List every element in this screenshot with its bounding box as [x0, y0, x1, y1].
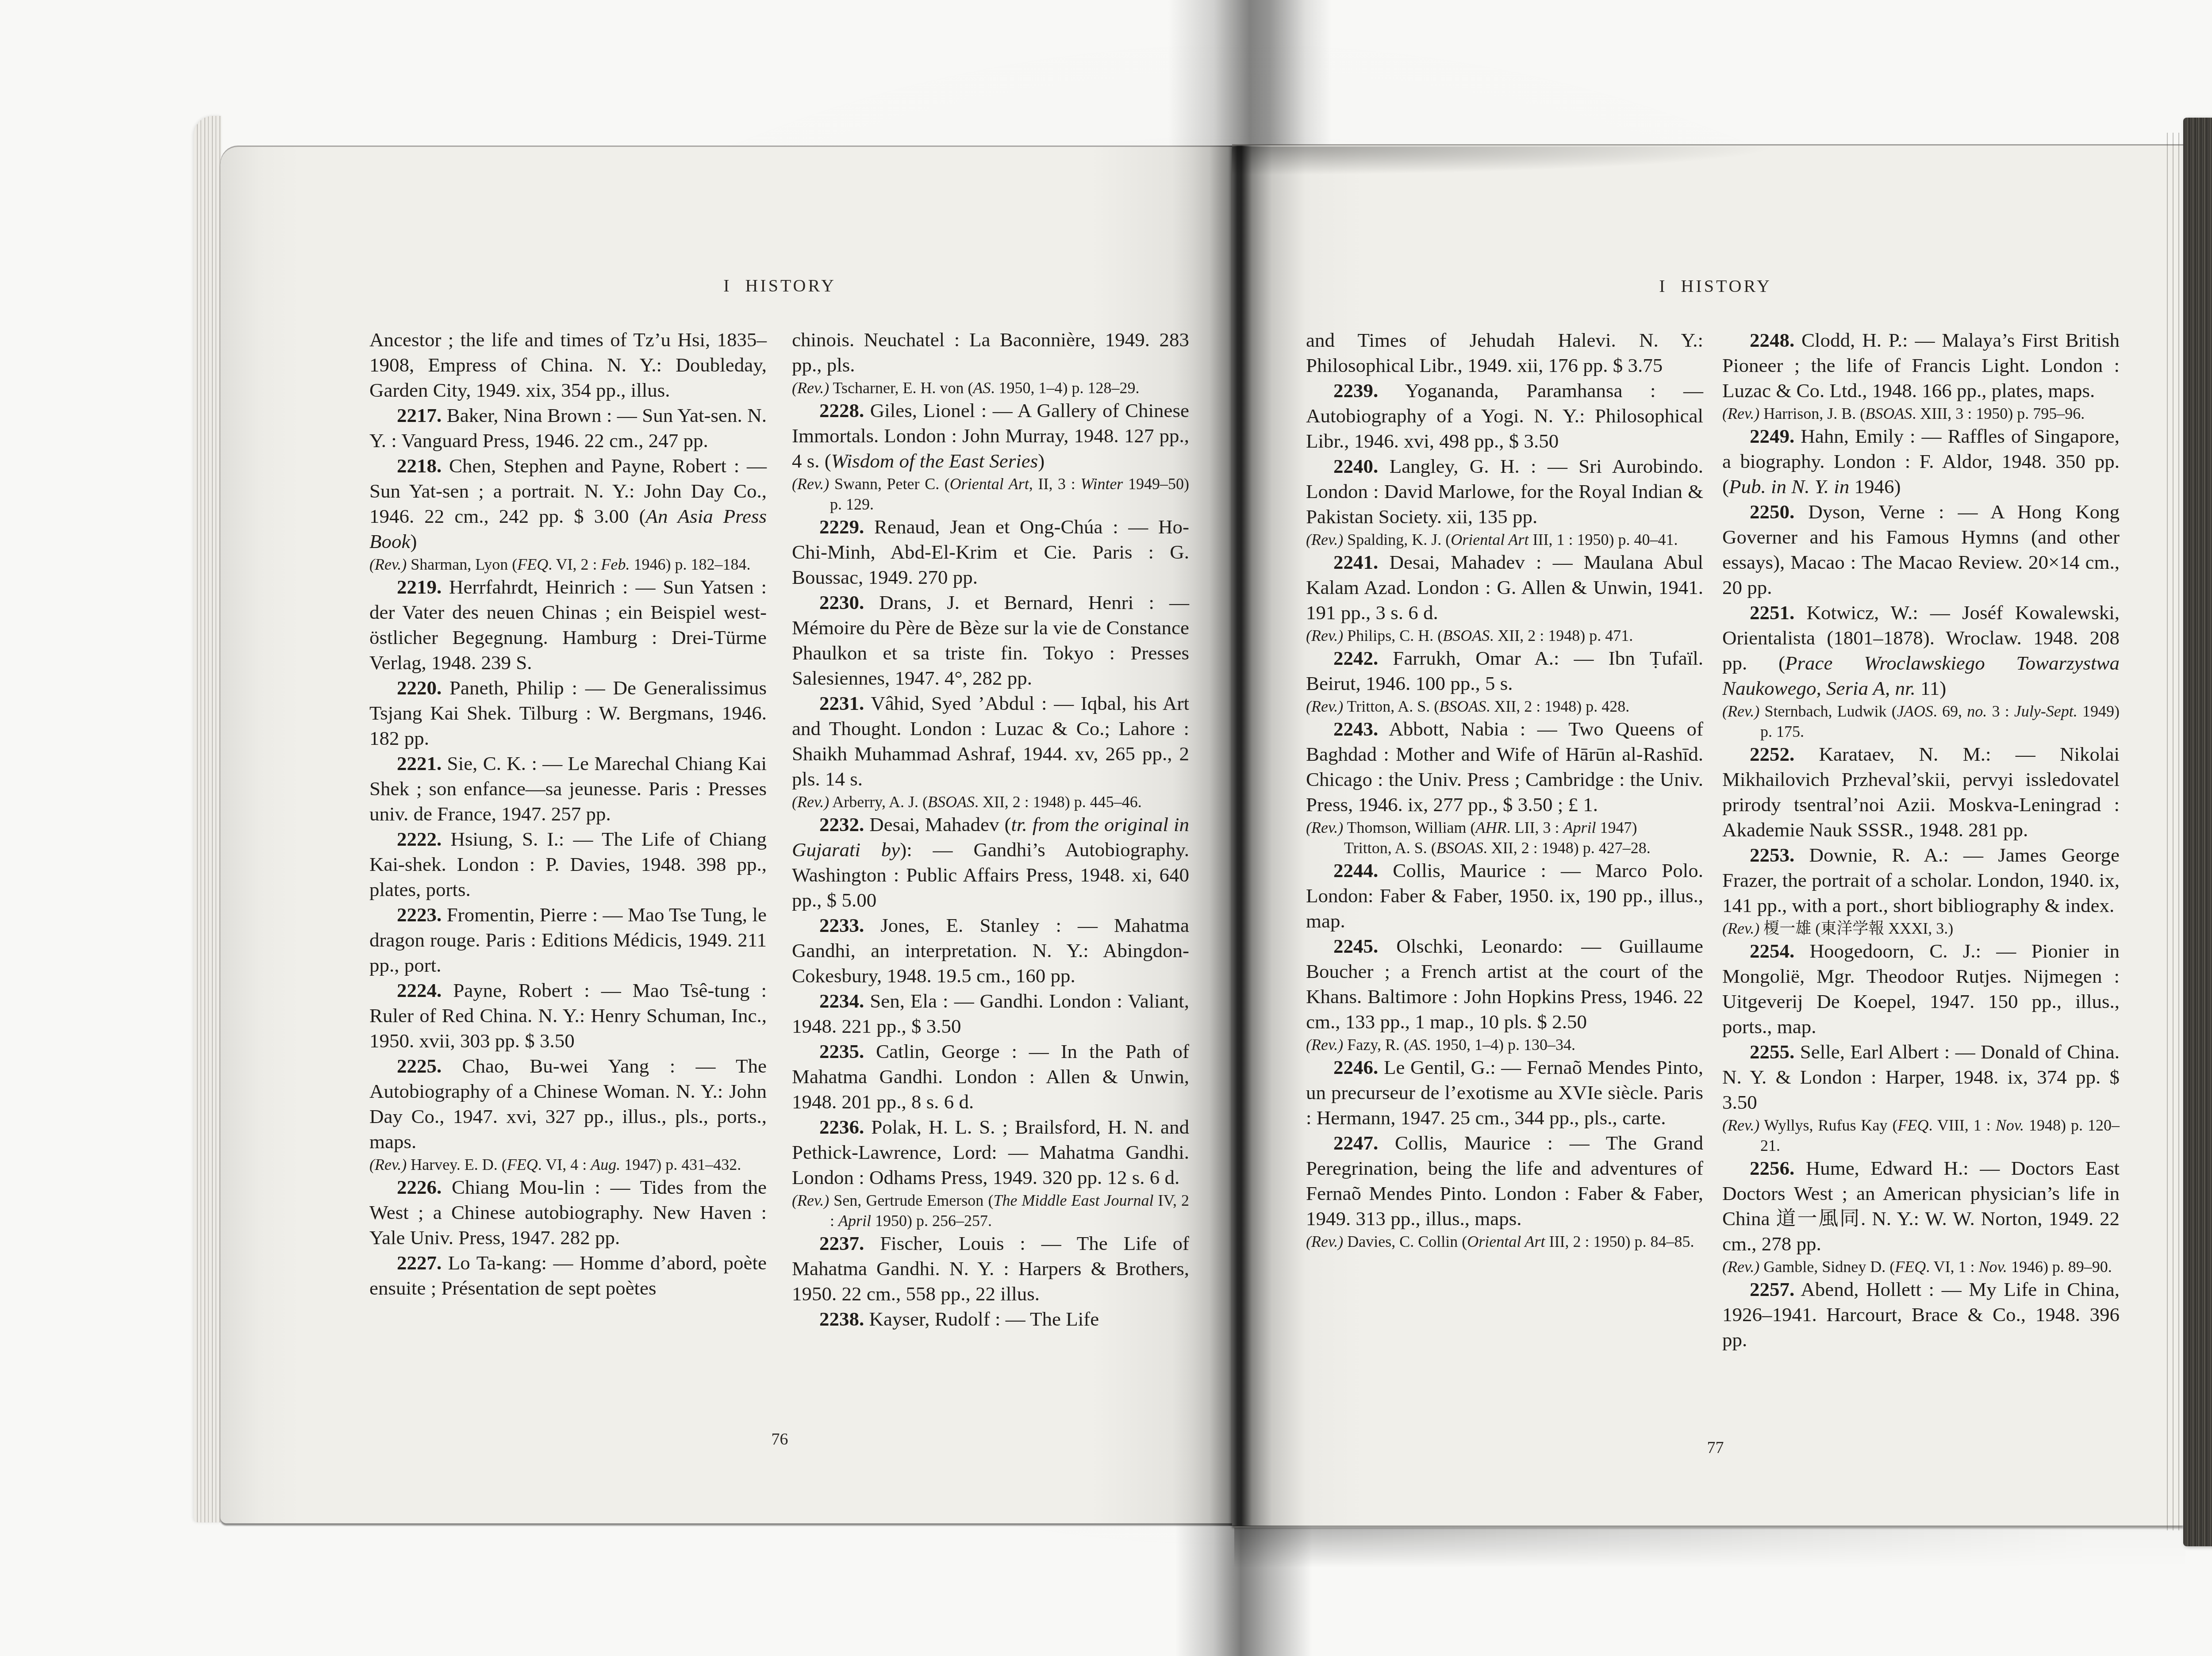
text-run: 2228. [819, 399, 864, 422]
text-run: AHR [1475, 819, 1506, 836]
text-run: (Rev.) [1306, 531, 1343, 548]
bib-entry: Ancestor ; the life and times of Tz’u Hs… [369, 327, 767, 403]
bib-entry: 2248. Clodd, H. P.: — Malaya’s First Bri… [1722, 328, 2120, 403]
text-run: 2220. [397, 677, 442, 699]
text-run: 2230. [819, 591, 864, 613]
text-run: . VI, 2 : [548, 556, 601, 573]
bib-entry: 2222. Hsiung, S. I.: — The Life of Chian… [369, 827, 767, 902]
text-run: ) [410, 530, 417, 552]
text-run: JAOS [1897, 702, 1933, 720]
text-run: AS [973, 379, 991, 397]
text-run: Wyllys, Rufus Kay ( [1759, 1116, 1897, 1134]
text-run: . VI, 1 : [1926, 1258, 1978, 1276]
text-run: 2254. [1750, 940, 1794, 962]
text-run: Pub. in N. Y. in [1729, 475, 1849, 498]
text-run: (Rev.) [1306, 1036, 1343, 1054]
bib-entry: 2227. Lo Ta-kang: — Homme d’abord, poète… [369, 1250, 767, 1301]
text-run: . VI, 4 : [538, 1156, 591, 1173]
text-run: 1947) p. 431–432. [620, 1156, 741, 1173]
text-run: FEQ [517, 556, 548, 573]
text-run: Tritton, A. S. ( [1344, 839, 1436, 857]
bib-entry: 2237. Fischer, Louis : — The Life of Mah… [792, 1231, 1189, 1307]
bib-entry: 2235. Catlin, George : — In the Path of … [792, 1039, 1189, 1115]
text-run: 2246. [1333, 1056, 1378, 1078]
text-run: ) [1038, 450, 1045, 472]
text-run: Fazy, R. ( [1343, 1036, 1409, 1054]
bib-entry: 2242. Farrukh, Omar A.: — Ibn Ṭufaïl. Be… [1306, 646, 1703, 696]
text-run: 2218. [397, 455, 442, 477]
bib-entry: 2220. Paneth, Philip : — De Generalissim… [369, 675, 767, 751]
text-run: 3 : [1987, 702, 2014, 720]
bib-entry: 2238. Kayser, Rudolf : — The Life [792, 1307, 1189, 1332]
review-line: (Rev.) Sternbach, Ludwik (JAOS. 69, no. … [1722, 701, 2120, 742]
text-run: 1950) p. 256–257. [871, 1212, 992, 1230]
text-run: Oriental Art [1451, 531, 1528, 548]
text-run: AS [1409, 1036, 1427, 1054]
text-run: Sternbach, Ludwik ( [1759, 702, 1897, 720]
text-run: (Rev.) [792, 793, 829, 811]
bib-entry: 2243. Abbott, Nabia : — Two Queens of Ba… [1306, 717, 1703, 817]
text-run: BSOAS [928, 793, 975, 811]
text-run: Nov. [1996, 1116, 2024, 1134]
text-run: FEQ [1897, 1116, 1928, 1134]
bib-entry: 2256. Hume, Edward H.: — Doctors East Do… [1722, 1156, 2120, 1257]
text-run: 2231. [819, 692, 864, 714]
text-run: 2251. [1750, 602, 1794, 624]
text-run: The Middle East Journal [993, 1192, 1153, 1209]
running-head-left: I HISTORY [369, 275, 1190, 296]
text-run: 2222. [397, 828, 442, 850]
text-run: (Rev.) [1306, 698, 1343, 715]
text-run: Spalding, K. J. ( [1343, 531, 1451, 548]
text-run: 榎一雄 (東洋学報 XXXI, 3.) [1759, 920, 1953, 937]
bib-entry: 2234. Sen, Ela : — Gandhi. London : Vali… [792, 989, 1189, 1039]
bib-entry: 2236. Polak, H. L. S. ; Brailsford, H. N… [792, 1115, 1189, 1190]
bib-entry: 2226. Chiang Mou-lin : — Tides from the … [369, 1175, 767, 1250]
text-run: BSOAS [1436, 839, 1483, 857]
text-run: 2249. [1750, 425, 1794, 447]
text-run: Sen, Gertrude Emerson ( [829, 1192, 993, 1209]
text-run: 2247. [1333, 1132, 1378, 1154]
text-run: April [1563, 819, 1596, 836]
text-run: . XII, 2 : 1948) p. 471. [1490, 627, 1633, 644]
text-run: . XII, 2 : 1948) p. 428. [1486, 698, 1629, 715]
text-run: 2226. [397, 1176, 442, 1198]
text-run: 2219. [397, 576, 442, 598]
bib-entry: 2250. Dyson, Verne : — A Hong Kong Gover… [1722, 499, 2120, 600]
bib-entry: 2232. Desai, Mahadev (tr. from the origi… [792, 812, 1189, 913]
text-run: (Rev.) [792, 379, 829, 397]
text-run: 2233. [819, 914, 864, 936]
text-run: 2224. [397, 979, 442, 1001]
text-run: FEQ [1895, 1258, 1926, 1276]
bib-entry: 2225. Chao, Bu-wei Yang : — The Autobiog… [369, 1054, 767, 1154]
text-run: and Times of Jehudah Halevi. N. Y.: Phil… [1306, 329, 1703, 376]
text-run: 2252. [1750, 743, 1794, 765]
bib-entry: 2228. Giles, Lionel : — A Gallery of Chi… [792, 398, 1189, 474]
review-line: (Rev.) 榎一雄 (東洋学報 XXXI, 3.) [1722, 918, 2120, 939]
text-run: . VIII, 1 : [1928, 1116, 1995, 1134]
bib-entry: 2240. Langley, G. H. : — Sri Aurobindo. … [1306, 454, 1703, 529]
bib-entry: 2245. Olschki, Leonardo: — Guillaume Bou… [1306, 934, 1703, 1035]
page-number-right: 77 [1305, 1438, 2126, 1457]
text-run: 1946) p. 89–90. [2007, 1258, 2112, 1276]
text-run: 11) [1916, 677, 1947, 699]
text-run: Oriental Art [1467, 1233, 1545, 1250]
text-run: 2243. [1333, 718, 1378, 740]
left-page-column-1: Ancestor ; the life and times of Tz’u Hs… [369, 327, 767, 1301]
bib-entry: 2224. Payne, Robert : — Mao Tsê-tung : R… [369, 978, 767, 1054]
right-page-column-1: and Times of Jehudah Halevi. N. Y.: Phil… [1306, 328, 1703, 1252]
text-run: Gamble, Sidney D. ( [1759, 1258, 1895, 1276]
text-run: 2227. [397, 1252, 442, 1274]
text-run: BSOAS [1865, 405, 1912, 422]
text-run: 2238. [819, 1308, 864, 1330]
text-run: 2255. [1750, 1041, 1794, 1063]
text-run: July-Sept. [2014, 702, 2078, 720]
text-run: Winter [1080, 475, 1123, 493]
bib-entry: 2219. Herrfahrdt, Heinrich : — Sun Yatse… [369, 575, 767, 675]
right-page-column-2: 2248. Clodd, H. P.: — Malaya’s First Bri… [1722, 328, 2120, 1353]
text-run: BSOAS [1443, 627, 1490, 644]
text-run: 2239. [1333, 379, 1378, 402]
fore-edge-pages [2183, 118, 2212, 1546]
text-run: BSOAS [1439, 698, 1486, 715]
bib-entry: 2218. Chen, Stephen and Payne, Robert : … [369, 453, 767, 554]
bib-entry: 2230. Drans, J. et Bernard, Henri : — Mé… [792, 590, 1189, 691]
running-head-right: I HISTORY [1305, 276, 2126, 296]
text-run: . 1950, 1–4) p. 130–34. [1427, 1036, 1575, 1054]
text-run: 2223. [397, 904, 442, 926]
text-run: Sharman, Lyon ( [407, 556, 517, 573]
text-run: Oriental Art [950, 475, 1029, 493]
text-run: Thomson, William ( [1343, 819, 1475, 836]
text-run: (Rev.) [1722, 920, 1759, 937]
page-left: I HISTORY Ancestor ; the life and times … [220, 147, 1232, 1523]
text-run: 2256. [1750, 1157, 1794, 1179]
text-run: 2241. [1333, 551, 1378, 573]
bib-entry: 2253. Downie, R. A.: — James George Fraz… [1722, 843, 2120, 918]
spine-shadow-bottom [1175, 1520, 1312, 1656]
text-run: , II, 3 : [1029, 475, 1081, 493]
text-run: Davies, C. Collin ( [1343, 1233, 1467, 1250]
text-run: 2253. [1750, 844, 1794, 866]
text-run: (Rev.) [1722, 405, 1759, 422]
text-run: 2245. [1333, 935, 1378, 957]
text-run: Feb. [601, 556, 630, 573]
text-run: 2250. [1750, 501, 1794, 523]
text-run: (Rev.) [369, 556, 407, 573]
text-run: (Rev.) [792, 475, 829, 493]
right-page-edge-stack [2164, 133, 2183, 1530]
text-run: 2221. [397, 752, 442, 774]
text-run: Nov. [1979, 1258, 2007, 1276]
text-run: Desai, Mahadev ( [864, 813, 1011, 836]
bib-entry: 2254. Hoogedoorn, C. J.: — Pionier in Mo… [1722, 939, 2120, 1039]
text-run: . XII, 2 : 1948) p. 445–46. [975, 793, 1142, 811]
review-line: (Rev.) Fazy, R. (AS. 1950, 1–4) p. 130–3… [1306, 1035, 1703, 1055]
text-run: 2237. [819, 1232, 864, 1254]
review-line: (Rev.) Gamble, Sidney D. (FEQ. VI, 1 : N… [1722, 1257, 2120, 1277]
page-right: I HISTORY and Times of Jehudah Halevi. N… [1232, 146, 2183, 1526]
text-run: Arberry, A. J. ( [829, 793, 928, 811]
review-line: (Rev.) Tritton, A. S. (BSOAS. XII, 2 : 1… [1306, 696, 1703, 717]
left-page-edge-stack [194, 116, 221, 1522]
text-run: FEQ [507, 1156, 538, 1173]
bib-entry: chinois. Neuchatel : La Baconnière, 1949… [792, 327, 1189, 378]
text-run: 2217. [397, 404, 442, 426]
text-run: (Rev.) [369, 1156, 407, 1173]
review-line: (Rev.) Sharman, Lyon (FEQ. VI, 2 : Feb. … [369, 554, 767, 575]
review-line: Tritton, A. S. (BSOAS. XII, 2 : 1948) p.… [1306, 838, 1703, 858]
page-number-left: 76 [369, 1430, 1190, 1449]
bib-entry: 2247. Collis, Maurice : — The Grand Pere… [1306, 1131, 1703, 1231]
text-run: (Rev.) [792, 1192, 829, 1209]
spine-shadow-top [1168, 0, 1332, 151]
text-run: (Rev.) [1722, 702, 1759, 720]
bib-entry: 2255. Selle, Earl Albert : — Donald of C… [1722, 1039, 2120, 1115]
text-run: 1946) p. 182–184. [630, 556, 751, 573]
text-run: Harrison, J. B. ( [1759, 405, 1865, 422]
bib-entry: 2233. Jones, E. Stanley : — Mahatma Gand… [792, 913, 1189, 989]
review-line: (Rev.) Harrison, J. B. (BSOAS. XIII, 3 :… [1722, 403, 2120, 424]
text-run: chinois. Neuchatel : La Baconnière, 1949… [792, 329, 1189, 376]
text-run: 2232. [819, 813, 864, 836]
text-run: . XII, 2 : 1948) p. 427–28. [1483, 839, 1651, 857]
text-run: (Rev.) [1722, 1258, 1759, 1276]
text-run: Swann, Peter C. ( [829, 475, 950, 493]
bib-entry: 2221. Sie, C. K. : — Le Marechal Chiang … [369, 751, 767, 827]
bib-entry: 2217. Baker, Nina Brown : — Sun Yat-sen.… [369, 403, 767, 453]
text-run: 2235. [819, 1040, 864, 1062]
text-run: 2257. [1750, 1278, 1794, 1300]
bib-entry: 2249. Hahn, Emily : — Raffles of Singapo… [1722, 424, 2120, 499]
text-run: . 69, [1933, 702, 1967, 720]
text-run: . 1950, 1–4) p. 128–29. [991, 379, 1140, 397]
bib-entry: 2239. Yogananda, Paramhansa : — Autobiog… [1306, 378, 1703, 454]
text-run: Philips, C. H. ( [1343, 627, 1443, 644]
text-run: 2234. [819, 990, 864, 1012]
text-run: 2229. [819, 516, 864, 538]
text-run: Harvey. E. D. ( [407, 1156, 507, 1173]
bib-entry: 2231. Vâhid, Syed ’Abdul : — Iqbal, his … [792, 691, 1189, 792]
text-run: Tscharner, E. H. von ( [829, 379, 973, 397]
text-run: Aug. [591, 1156, 620, 1173]
text-run: Ancestor ; the life and times of Tz’u Hs… [369, 329, 767, 401]
text-run: 2244. [1333, 859, 1378, 882]
review-line: (Rev.) Arberry, A. J. (BSOAS. XII, 2 : 1… [792, 792, 1189, 812]
bib-entry: 2244. Collis, Maurice : — Marco Polo. Lo… [1306, 858, 1703, 934]
review-line: (Rev.) Sen, Gertrude Emerson (The Middle… [792, 1190, 1189, 1231]
review-line: (Rev.) Harvey. E. D. (FEQ. VI, 4 : Aug. … [369, 1154, 767, 1175]
review-line: (Rev.) Spalding, K. J. (Oriental Art III… [1306, 529, 1703, 550]
bib-entry: 2241. Desai, Mahadev : — Maulana Abul Ka… [1306, 550, 1703, 625]
text-run: 1947) [1596, 819, 1637, 836]
review-line: (Rev.) Tscharner, E. H. von (AS. 1950, 1… [792, 378, 1189, 398]
bib-entry: and Times of Jehudah Halevi. N. Y.: Phil… [1306, 328, 1703, 378]
review-line: (Rev.) Philips, C. H. (BSOAS. XII, 2 : 1… [1306, 625, 1703, 646]
bib-entry: 2257. Abend, Hollett : — My Life in Chin… [1722, 1277, 2120, 1353]
review-line: (Rev.) Thomson, William (AHR. LII, 3 : A… [1306, 817, 1703, 838]
text-run: Kayser, Rudolf : — The Life [864, 1308, 1099, 1330]
bib-entry: 2252. Karataev, N. M.: — Nikolai Mikhail… [1722, 742, 2120, 843]
text-run: Wisdom of the East Series [831, 450, 1038, 472]
right-page-bottom-shadow [1234, 1528, 2185, 1568]
text-run: Tritton, A. S. ( [1343, 698, 1439, 715]
review-line: (Rev.) Davies, C. Collin (Oriental Art I… [1306, 1231, 1703, 1252]
text-run: . LII, 3 : [1506, 819, 1563, 836]
bib-entry: 2229. Renaud, Jean et Ong-Chúa : — Ho-Ch… [792, 514, 1189, 590]
text-run: no. [1967, 702, 1987, 720]
left-page-column-2: chinois. Neuchatel : La Baconnière, 1949… [792, 327, 1189, 1332]
bib-entry: 2223. Fromentin, Pierre : — Mao Tse Tung… [369, 902, 767, 978]
text-run: 2248. [1750, 329, 1794, 351]
text-run: 2225. [397, 1055, 442, 1077]
text-run: (Rev.) [1722, 1116, 1759, 1134]
review-line: (Rev.) Swann, Peter C. (Oriental Art, II… [792, 474, 1189, 514]
text-run: (Rev.) [1306, 1233, 1343, 1250]
bib-entry: 2251. Kotwicz, W.: — Joséf Kowalewski, O… [1722, 600, 2120, 701]
text-run: 2242. [1333, 647, 1378, 669]
open-book-photo: I HISTORY Ancestor ; the life and times … [0, 0, 2212, 1656]
text-run: (Rev.) [1306, 819, 1343, 836]
text-run: 2236. [819, 1116, 864, 1138]
text-run: 1946) [1849, 475, 1901, 498]
bib-entry: 2246. Le Gentil, G.: — Fernaõ Mendes Pin… [1306, 1055, 1703, 1131]
text-run: (Rev.) [1306, 627, 1343, 644]
review-line: (Rev.) Wyllys, Rufus Kay (FEQ. VIII, 1 :… [1722, 1115, 2120, 1156]
text-run: . XIII, 3 : 1950) p. 795–96. [1912, 405, 2085, 422]
text-run: April [838, 1212, 871, 1230]
text-run: III, 2 : 1950) p. 84–85. [1545, 1233, 1694, 1250]
text-run: III, 1 : 1950) p. 40–41. [1529, 531, 1678, 548]
text-run: 2240. [1333, 455, 1378, 477]
